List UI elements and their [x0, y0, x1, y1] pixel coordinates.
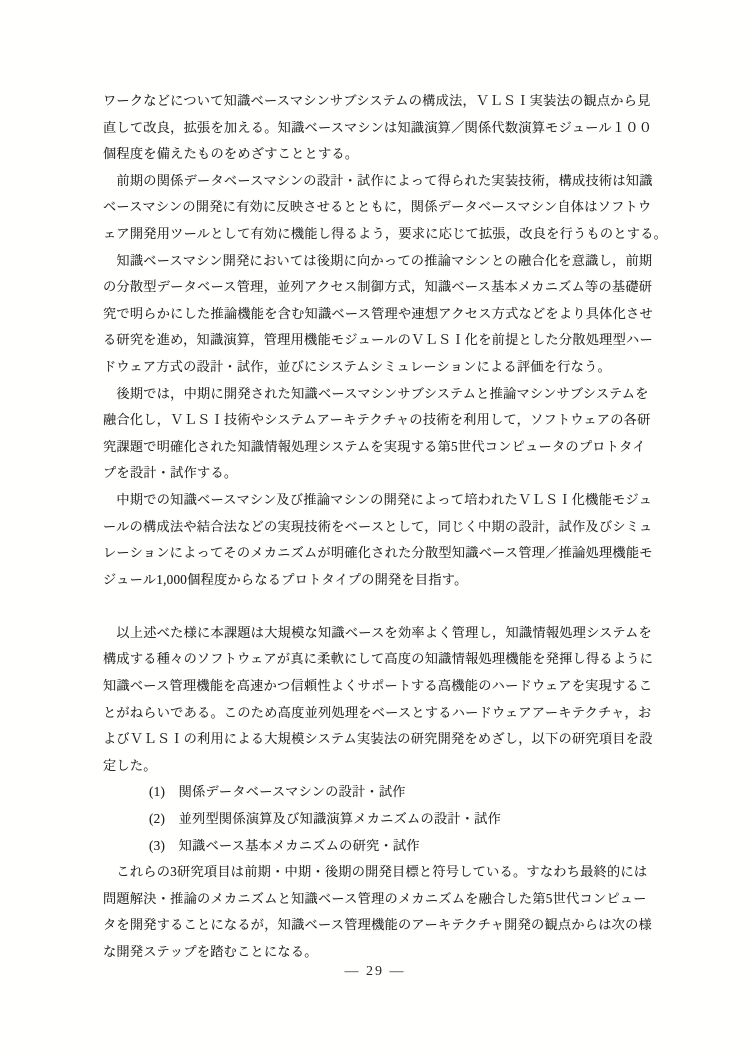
text-line: 後期では，中期に開発された知識ベースマシンサブシステムと推論マシンサブシステムを: [103, 381, 663, 408]
body-text-block: ワークなどについて知識ベースマシンサブシステムの構成法，ＶＬＳＩ実装法の観点から…: [103, 88, 663, 966]
text-line: ジュール1,000個程度からなるプロトタイプの開発を目指す。: [103, 567, 663, 594]
text-line: とがねらいである。このため高度並列処理をベースとするハードウェアアーキテクチャ，…: [103, 700, 663, 727]
text-line: ールの構成法や結合法などの実現技術をベースとして，同じく中期の設計，試作及びシミ…: [103, 514, 663, 541]
list-item-line: (1) 関係データベースマシンの設計・試作: [103, 779, 663, 806]
text-line: これらの3研究項目は前期・中期・後期の開発目標と符号している。すなわち最終的には: [103, 859, 663, 886]
document-page: ワークなどについて知識ベースマシンサブシステムの構成法，ＶＬＳＩ実装法の観点から…: [0, 0, 750, 1054]
text-line: の分散型データベース管理，並列アクセス制御方式，知識ベース基本メカニズム等の基礎…: [103, 274, 663, 301]
text-line: ドウェア方式の設計・試作，並びにシステムシミュレーションによる評価を行なう。: [103, 354, 663, 381]
list-item-line: (2) 並列型関係演算及び知識演算メカニズムの設計・試作: [103, 806, 663, 833]
text-line: ワークなどについて知識ベースマシンサブシステムの構成法，ＶＬＳＩ実装法の観点から…: [103, 88, 663, 115]
text-line: よびＶＬＳＩの利用による大規模システム実装法の研究開発をめざし，以下の研究項目を…: [103, 726, 663, 753]
text-line: ェア開発用ツールとして有効に機能し得るよう，要求に応じて拡張，改良を行うものとす…: [103, 221, 663, 248]
text-line: 究で明らかにした推論機能を含む知識ベース管理や連想アクセス方式などをより具体化さ…: [103, 301, 663, 328]
list-item-line: (3) 知識ベース基本メカニズムの研究・試作: [103, 833, 663, 860]
text-line: タを開発することになるが，知識ベース管理機能のアーキテクチャ開発の観点からは次の…: [103, 912, 663, 939]
text-line: 知識ベースマシン開発においては後期に向かっての推論マシンとの融合化を意識し，前期: [103, 248, 663, 275]
text-line: 究課題で明確化された知識情報処理システムを実現する第5世代コンピュータのプロトタ…: [103, 434, 663, 461]
text-line: 構成する種々のソフトウェアが真に柔軟にして高度の知識情報処理機能を発揮し得るよう…: [103, 646, 663, 673]
text-line: プを設計・試作する。: [103, 460, 663, 487]
text-line: 直して改良，拡張を加える。知識ベースマシンは知識演算／関係代数演算モジュール１０…: [103, 115, 663, 142]
blank-line: [103, 593, 663, 620]
text-line: レーションによってそのメカニズムが明確化された分散型知識ベース管理／推論処理機能…: [103, 540, 663, 567]
text-line: 以上述べた様に本課題は大規模な知識ベースを効率よく管理し，知識情報処理システムを: [103, 620, 663, 647]
text-line: ベースマシンの開発に有効に反映させるとともに，関係データベースマシン自体はソフト…: [103, 194, 663, 221]
text-line: 定した。: [103, 753, 663, 780]
page-number: ― 29 ―: [0, 964, 750, 980]
text-line: な開発ステップを踏むことになる。: [103, 939, 663, 966]
text-line: 中期での知識ベースマシン及び推論マシンの開発によって培われたＶＬＳＩ化機能モジュ: [103, 487, 663, 514]
text-line: 前期の関係データベースマシンの設計・試作によって得られた実装技術，構成技術は知識: [103, 168, 663, 195]
text-line: 個程度を備えたものをめざすこととする。: [103, 141, 663, 168]
text-line: 知識ベース管理機能を高速かつ信頼性よくサポートする高機能のハードウェアを実現する…: [103, 673, 663, 700]
text-line: 融合化し，ＶＬＳＩ技術やシステムアーキテクチャの技術を利用して，ソフトウェアの各…: [103, 407, 663, 434]
text-line: る研究を進め，知識演算，管理用機能モジュールのＶＬＳＩ化を前提とした分散処理型ハ…: [103, 327, 663, 354]
text-line: 問題解決・推論のメカニズムと知識ベース管理のメカニズムを融合した第5世代コンピュ…: [103, 886, 663, 913]
